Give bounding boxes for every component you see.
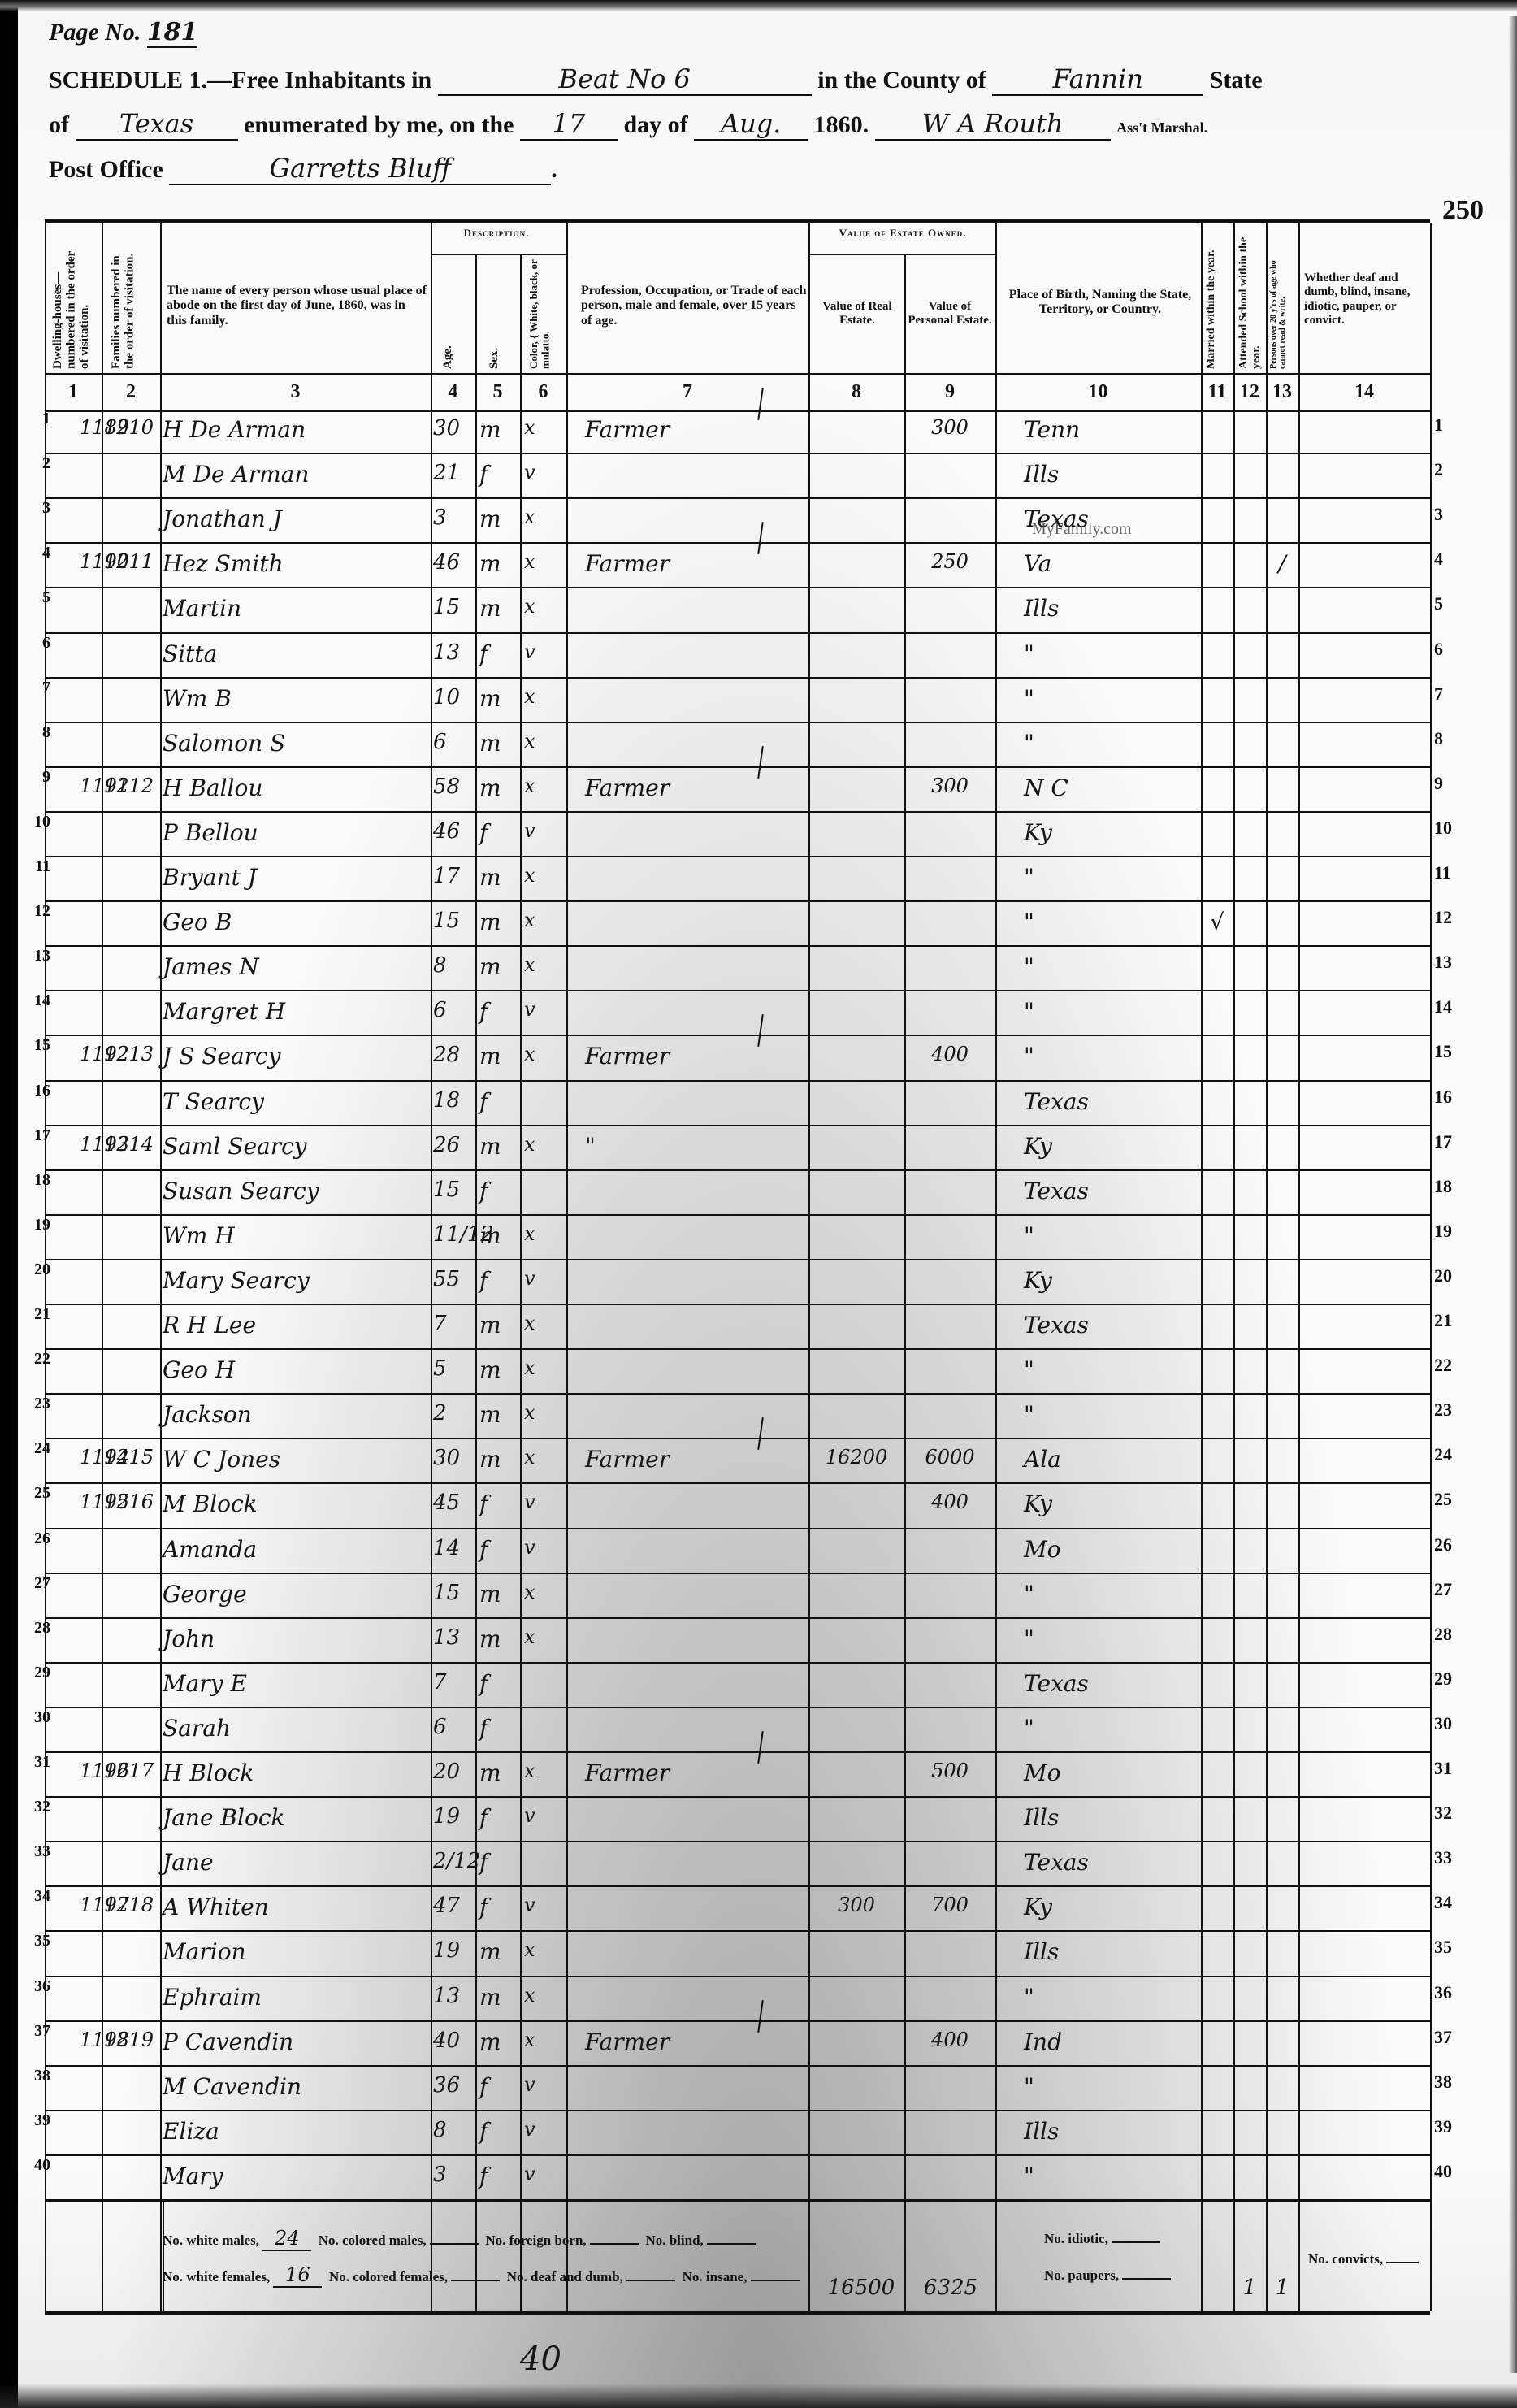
sex: m (479, 1581, 520, 1608)
line-number-right: 35 (1434, 1937, 1467, 1958)
person-name: Margret H (163, 998, 431, 1025)
line-number-left: 33 (33, 1842, 50, 1861)
schedule-line: SCHEDULE 1.—Free Inhabitants in Beat No … (49, 63, 1263, 96)
sex: f (479, 461, 520, 488)
col-header-dwelling: Dwelling-houses—numbered in the order of… (51, 239, 100, 369)
color: x (524, 505, 565, 528)
birthplace: Ky (1024, 1490, 1186, 1517)
sex: m (479, 1401, 520, 1428)
sex: f (479, 2073, 520, 2100)
birthplace: Ills (1024, 1804, 1186, 1831)
age: 21 (433, 461, 474, 485)
table-row: 2121R H Lee7mxTexas (0, 1304, 1517, 1348)
person-name: Geo B (163, 909, 431, 935)
table-row: 2929Mary E7fTexas (0, 1662, 1517, 1707)
birthplace: " (1024, 1625, 1186, 1652)
line-number-left: 27 (33, 1574, 50, 1593)
table-row: 1414Margret H6fv" (0, 990, 1517, 1035)
paupers-label: No. paupers, (1044, 2267, 1119, 2283)
column-number: 10 (995, 381, 1201, 403)
birthplace: " (1024, 2163, 1186, 2189)
sex: m (479, 1222, 520, 1249)
table-row: 1616T Searcy18fTexas (0, 1080, 1517, 1125)
color: x (524, 1356, 565, 1379)
marshal-name: W A Routh (875, 108, 1111, 141)
line-number-left: 1 (33, 410, 50, 428)
group-header-description: Description. (431, 228, 561, 240)
col-header-color: Color, { White, black, or mulatto. (528, 255, 564, 369)
line-number-right: 17 (1434, 1131, 1467, 1152)
person-name: Salomon S (163, 730, 431, 757)
color: x (524, 595, 565, 618)
age: 14 (433, 1536, 474, 1560)
table-row: 2727George15mx" (0, 1573, 1517, 1617)
color: v (524, 1804, 565, 1827)
col-header-family: Families numbered in the order of visita… (110, 239, 158, 369)
color: v (524, 2118, 565, 2141)
sex: f (479, 1804, 520, 1831)
age: 46 (433, 819, 474, 844)
table-row: 1818Susan Searcy15fTexas (0, 1169, 1517, 1214)
state: Texas (76, 108, 238, 141)
birthplace: " (1024, 1984, 1186, 2011)
table-row: 3232Jane Block19fvIlls (0, 1796, 1517, 1841)
colored-males-count (430, 2243, 479, 2245)
person-name: W C Jones (163, 1446, 431, 1473)
line-number-right: 38 (1434, 2072, 1467, 2093)
convicts-line: No. convicts, (1308, 2251, 1419, 2267)
age: 6 (433, 998, 474, 1022)
birthplace: " (1024, 730, 1186, 757)
person-name: P Bellou (163, 819, 431, 846)
birthplace: " (1024, 640, 1186, 667)
idiotic-count (1112, 2241, 1160, 2243)
birthplace: Ky (1024, 819, 1186, 846)
color: x (524, 1759, 565, 1782)
line-number-right: 11 (1434, 862, 1467, 883)
person-name: Bryant J (163, 864, 431, 891)
sex: m (479, 1133, 520, 1160)
scan-edge-top (0, 0, 1517, 11)
table-row: 4411901211Hez Smith46mxFarmer250Va/ (0, 542, 1517, 587)
line-number-left: 11 (33, 857, 50, 876)
line-number-left: 30 (33, 1708, 50, 1727)
color: x (524, 774, 565, 797)
person-name: Jackson (163, 1401, 431, 1428)
sex: f (479, 998, 520, 1025)
county: Fannin (992, 63, 1203, 96)
estate-divider (808, 254, 995, 255)
table-row: 88Salomon S6mx" (0, 722, 1517, 766)
col-header-deaf-etc: Whether deaf and dumb, blind, insane, id… (1304, 271, 1428, 328)
family-number: 1211 (104, 550, 161, 573)
column-number: 6 (520, 381, 566, 403)
birthplace: " (1024, 685, 1186, 712)
line-number-left: 17 (33, 1126, 50, 1145)
col-header-age: Age. (441, 312, 466, 369)
person-name: Sitta (163, 640, 431, 667)
birthplace: " (1024, 2073, 1186, 2100)
color: v (524, 640, 565, 663)
birthplace: Ind (1024, 2028, 1186, 2055)
person-name: Susan Searcy (163, 1178, 431, 1204)
table-row: 4040Mary3fv" (0, 2154, 1517, 2199)
person-name: M Block (163, 1490, 431, 1517)
col-header-birthplace: Place of Birth, Naming the State, Territ… (999, 288, 1202, 318)
sex: f (479, 819, 520, 846)
occupation: Farmer (585, 1446, 804, 1473)
personal-estate-value: 300 (907, 774, 993, 797)
age: 26 (433, 1133, 474, 1157)
person-name: Sarah (163, 1715, 431, 1742)
footer-divider (163, 2202, 164, 2311)
convicts-count (1386, 2262, 1419, 2263)
line-number-left: 34 (33, 1887, 50, 1906)
table-row: 1919Wm H11/12mx" (0, 1214, 1517, 1259)
column-number: 1 (45, 381, 102, 403)
table-row: 33Jonathan J3mxTexas (0, 497, 1517, 542)
age: 3 (433, 2163, 474, 2187)
age: 45 (433, 1490, 474, 1515)
birthplace: Va (1024, 550, 1186, 577)
column-number: 14 (1298, 381, 1430, 403)
line-number-left: 19 (33, 1216, 50, 1234)
color: x (524, 1581, 565, 1603)
person-name: M De Arman (163, 461, 431, 488)
personal-estate-value: 6000 (907, 1446, 993, 1469)
month: Aug. (694, 108, 808, 141)
color: x (524, 953, 565, 976)
table-row: 3939Eliza8fvIlls (0, 2110, 1517, 2154)
sex: f (479, 2163, 520, 2189)
table-row: 2626Amanda14fvMo (0, 1528, 1517, 1573)
married-within-year: √ (1203, 909, 1232, 935)
family-number: 1219 (104, 2028, 161, 2051)
line-number-right: 9 (1434, 773, 1467, 794)
line-number-left: 24 (33, 1439, 50, 1458)
line-number-right: 12 (1434, 907, 1467, 928)
age: 30 (433, 1446, 474, 1470)
age: 28 (433, 1043, 474, 1067)
personal-estate-value: 400 (907, 1490, 993, 1513)
line-number-left: 10 (33, 813, 50, 831)
age: 47 (433, 1894, 474, 1918)
birthplace: " (1024, 998, 1186, 1025)
col-header-occupation: Profession, Occupation, or Trade of each… (581, 284, 808, 328)
line-number-left: 20 (33, 1260, 50, 1279)
line-number-left: 7 (33, 679, 50, 697)
of-label: of (49, 111, 69, 138)
line-number-right: 23 (1434, 1399, 1467, 1421)
color: x (524, 2028, 565, 2051)
line-number-left: 32 (33, 1798, 50, 1816)
occupation: " (585, 1133, 804, 1160)
occupation: Farmer (585, 2028, 804, 2055)
line-number-right: 31 (1434, 1758, 1467, 1779)
birthplace: " (1024, 1356, 1186, 1383)
table-row: 1010P Bellou46fvKy (0, 811, 1517, 856)
table-row: 3838M Cavendin36fv" (0, 2065, 1517, 2110)
table-row: 22M De Arman21fvIlls (0, 453, 1517, 497)
birthplace: Ky (1024, 1267, 1186, 1294)
age: 2/12 (433, 1849, 474, 1873)
line-number-right: 14 (1434, 996, 1467, 1017)
line-number-right: 30 (1434, 1713, 1467, 1734)
colored-females-label: No. colored females, (329, 2269, 448, 2284)
occupation: Farmer (585, 550, 804, 577)
birthplace: " (1024, 1401, 1186, 1428)
age: 19 (433, 1804, 474, 1829)
person-name: J S Searcy (163, 1043, 431, 1069)
sex: m (479, 685, 520, 712)
column-number: 4 (431, 381, 475, 403)
family-number: 1218 (104, 1894, 161, 1916)
post-office-label: Post Office (49, 156, 163, 183)
line-number-right: 26 (1434, 1534, 1467, 1555)
line-number-left: 18 (33, 1171, 50, 1190)
line-number-right: 20 (1434, 1265, 1467, 1286)
age: 6 (433, 1715, 474, 1739)
col-header-married: Married within the year. (1205, 235, 1234, 369)
person-name: H Ballou (163, 774, 431, 801)
line-number-right: 29 (1434, 1668, 1467, 1690)
foreign-born-label: No. foreign born, (485, 2232, 586, 2248)
col-header-personal-estate: Value of Personal Estate. (906, 300, 994, 328)
person-name: Mary (163, 2163, 431, 2189)
person-name: Jane (163, 1849, 431, 1876)
personal-estate-value: 700 (907, 1894, 993, 1916)
sex: f (479, 1088, 520, 1115)
real-estate-value: 300 (811, 1894, 902, 1916)
table-row: 151511921213J S Searcy28mxFarmer400" (0, 1035, 1517, 1079)
line-number-right: 34 (1434, 1892, 1467, 1913)
line-number-left: 35 (33, 1932, 50, 1950)
color: x (524, 1133, 565, 1156)
age: 5 (433, 1356, 474, 1381)
line-number-left: 31 (33, 1753, 50, 1772)
color: x (524, 1625, 565, 1648)
color: x (524, 1446, 565, 1469)
sex: m (479, 1625, 520, 1652)
sex: m (479, 1759, 520, 1786)
age: 15 (433, 595, 474, 619)
birthplace: " (1024, 953, 1186, 980)
birthplace: N C (1024, 774, 1186, 801)
sex: m (479, 1356, 520, 1383)
line-number-left: 8 (33, 723, 50, 742)
footer-row-1: No. white males, 24 No. colored males, N… (163, 2227, 756, 2251)
col-header-real-estate: Value of Real Estate. (812, 300, 903, 328)
sex: m (479, 1312, 520, 1339)
column-number: 12 (1233, 381, 1266, 403)
sex: m (479, 1938, 520, 1965)
sex: m (479, 2028, 520, 2055)
line-number-right: 18 (1434, 1176, 1467, 1197)
person-name: H Block (163, 1759, 431, 1786)
deaf-dumb-count (626, 2280, 675, 2281)
birthplace: " (1024, 1581, 1186, 1608)
color: x (524, 1938, 565, 1961)
census-page: Page No. 181 SCHEDULE 1.—Free Inhabitant… (0, 0, 1517, 2408)
person-name: Mary Searcy (163, 1267, 431, 1294)
table-row: 2222Geo H5mx" (0, 1348, 1517, 1393)
birthplace: " (1024, 1715, 1186, 1742)
person-name: James N (163, 953, 431, 980)
family-number: 1217 (104, 1759, 161, 1782)
family-number: 1210 (104, 416, 161, 439)
line-number-right: 19 (1434, 1221, 1467, 1242)
subdivision: Beat No 6 (438, 63, 812, 96)
line-number-left: 25 (33, 1484, 50, 1503)
personal-estate-value: 500 (907, 1759, 993, 1782)
real-estate-total: 16500 (817, 2276, 906, 2300)
birthplace: Ky (1024, 1133, 1186, 1160)
line-number-left: 39 (33, 2111, 50, 2130)
description-divider (431, 254, 566, 255)
idiotic-label: No. idiotic, (1044, 2231, 1108, 2246)
age: 17 (433, 864, 474, 888)
person-name: Wm H (163, 1222, 431, 1249)
line-number-left: 13 (33, 947, 50, 965)
birthplace: Mo (1024, 1536, 1186, 1563)
age: 8 (433, 2118, 474, 2142)
birthplace: Texas (1024, 1312, 1186, 1339)
table-row: 77Wm B10mx" (0, 677, 1517, 722)
sex: m (479, 505, 520, 532)
table-row: 373711981219P Cavendin40mxFarmer400Ind (0, 2020, 1517, 2065)
line-number-right: 36 (1434, 1982, 1467, 2003)
table-row: 1111Bryant J17mx" (0, 856, 1517, 900)
state-label: State (1210, 67, 1263, 93)
page-label: Page No. (49, 19, 141, 46)
birthplace: Texas (1024, 1178, 1186, 1204)
paupers-count (1122, 2278, 1171, 2280)
birthplace: Ala (1024, 1446, 1186, 1473)
person-name: Jonathan J (163, 505, 431, 532)
illiterate-total: 1 (1268, 2276, 1297, 2300)
age: 6 (433, 730, 474, 754)
person-name: Jane Block (163, 1804, 431, 1831)
table-row: 252511951216M Block45fv400Ky (0, 1482, 1517, 1527)
sex: f (479, 2118, 520, 2145)
age: 18 (433, 1088, 474, 1113)
line-number-right: 1 (1434, 414, 1467, 436)
line-number-left: 14 (33, 991, 50, 1010)
schedule-title: SCHEDULE 1.—Free Inhabitants in (49, 67, 431, 93)
colored-females-count (451, 2280, 500, 2281)
occupation: Farmer (585, 774, 804, 801)
age: 7 (433, 1312, 474, 1336)
insane-count (751, 2280, 800, 2281)
table-row: 343411971218A Whiten47fv300700Ky (0, 1885, 1517, 1930)
table-row: 3333Jane2/12fTexas (0, 1841, 1517, 1885)
person-name: T Searcy (163, 1088, 431, 1115)
birthplace: Mo (1024, 1759, 1186, 1786)
insane-label: No. insane, (683, 2269, 748, 2284)
line-number-right: 22 (1434, 1355, 1467, 1376)
line-number-left: 36 (33, 1977, 50, 1996)
line-number-right: 32 (1434, 1803, 1467, 1824)
table-row: 9911911212H Ballou58mxFarmer300N C (0, 766, 1517, 811)
person-name: M Cavendin (163, 2073, 431, 2100)
line-number-left: 40 (33, 2156, 50, 2175)
age: 10 (433, 685, 474, 709)
line-number-right: 7 (1434, 683, 1467, 705)
white-females-count: 16 (273, 2263, 322, 2288)
line-number-left: 23 (33, 1395, 50, 1413)
family-number: 1213 (104, 1043, 161, 1065)
person-name: Martin (163, 595, 431, 622)
sex: f (479, 1536, 520, 1563)
line-number-right: 39 (1434, 2116, 1467, 2137)
column-number: 13 (1266, 381, 1298, 403)
enumeration-line: of Texas enumerated by me, on the 17 day… (49, 108, 1207, 141)
table-row: 171711931214Saml Searcy26mx"Ky (0, 1125, 1517, 1169)
line-number-right: 25 (1434, 1489, 1467, 1510)
personal-estate-total: 6325 (910, 2276, 991, 2300)
age: 8 (433, 953, 474, 978)
age: 7 (433, 1670, 474, 1694)
age: 15 (433, 1178, 474, 1202)
line-number-right: 3 (1434, 504, 1467, 525)
line-number-left: 28 (33, 1619, 50, 1638)
sheet-number: 250 (1442, 195, 1484, 226)
person-name: George (163, 1581, 431, 1608)
sex: f (479, 1267, 520, 1294)
birthplace: " (1024, 909, 1186, 935)
line-number-right: 37 (1434, 2027, 1467, 2048)
marshal-label: Ass't Marshal. (1116, 119, 1207, 136)
birthplace: Tenn (1024, 416, 1186, 443)
age: 40 (433, 2028, 474, 2053)
sex: f (479, 1849, 520, 1876)
day-of-label: day of (623, 111, 687, 138)
age: 13 (433, 640, 474, 665)
family-number: 1216 (104, 1490, 161, 1513)
color: v (524, 461, 565, 484)
column-number: 7 (566, 381, 808, 403)
age: 19 (433, 1938, 474, 1963)
line-number-right: 5 (1434, 593, 1467, 614)
person-name: Ephraim (163, 1984, 431, 2011)
sex: m (479, 416, 520, 443)
bottom-margin-note: 40 (520, 2341, 561, 2378)
line-number-left: 4 (33, 544, 50, 562)
color: v (524, 1536, 565, 1559)
table-row: 242411941215W C Jones30mxFarmer162006000… (0, 1438, 1517, 1482)
person-name: Geo H (163, 1356, 431, 1383)
person-name: Eliza (163, 2118, 431, 2145)
person-name: P Cavendin (163, 2028, 431, 2055)
color: x (524, 416, 565, 439)
color: v (524, 1894, 565, 1916)
color: v (524, 998, 565, 1021)
column-number: 11 (1201, 381, 1233, 403)
age: 11/12 (433, 1222, 474, 1247)
color: v (524, 1490, 565, 1513)
line-number-right: 16 (1434, 1087, 1467, 1108)
column-number: 9 (904, 381, 995, 403)
line-number-left: 12 (33, 902, 50, 921)
sex: f (479, 1670, 520, 1697)
scan-edge-bottom (0, 2384, 1517, 2408)
sex: f (479, 1894, 520, 1920)
sex: m (479, 595, 520, 622)
color: x (524, 1222, 565, 1245)
real-estate-value: 16200 (811, 1446, 902, 1469)
age: 46 (433, 550, 474, 575)
line-number-right: 13 (1434, 952, 1467, 973)
